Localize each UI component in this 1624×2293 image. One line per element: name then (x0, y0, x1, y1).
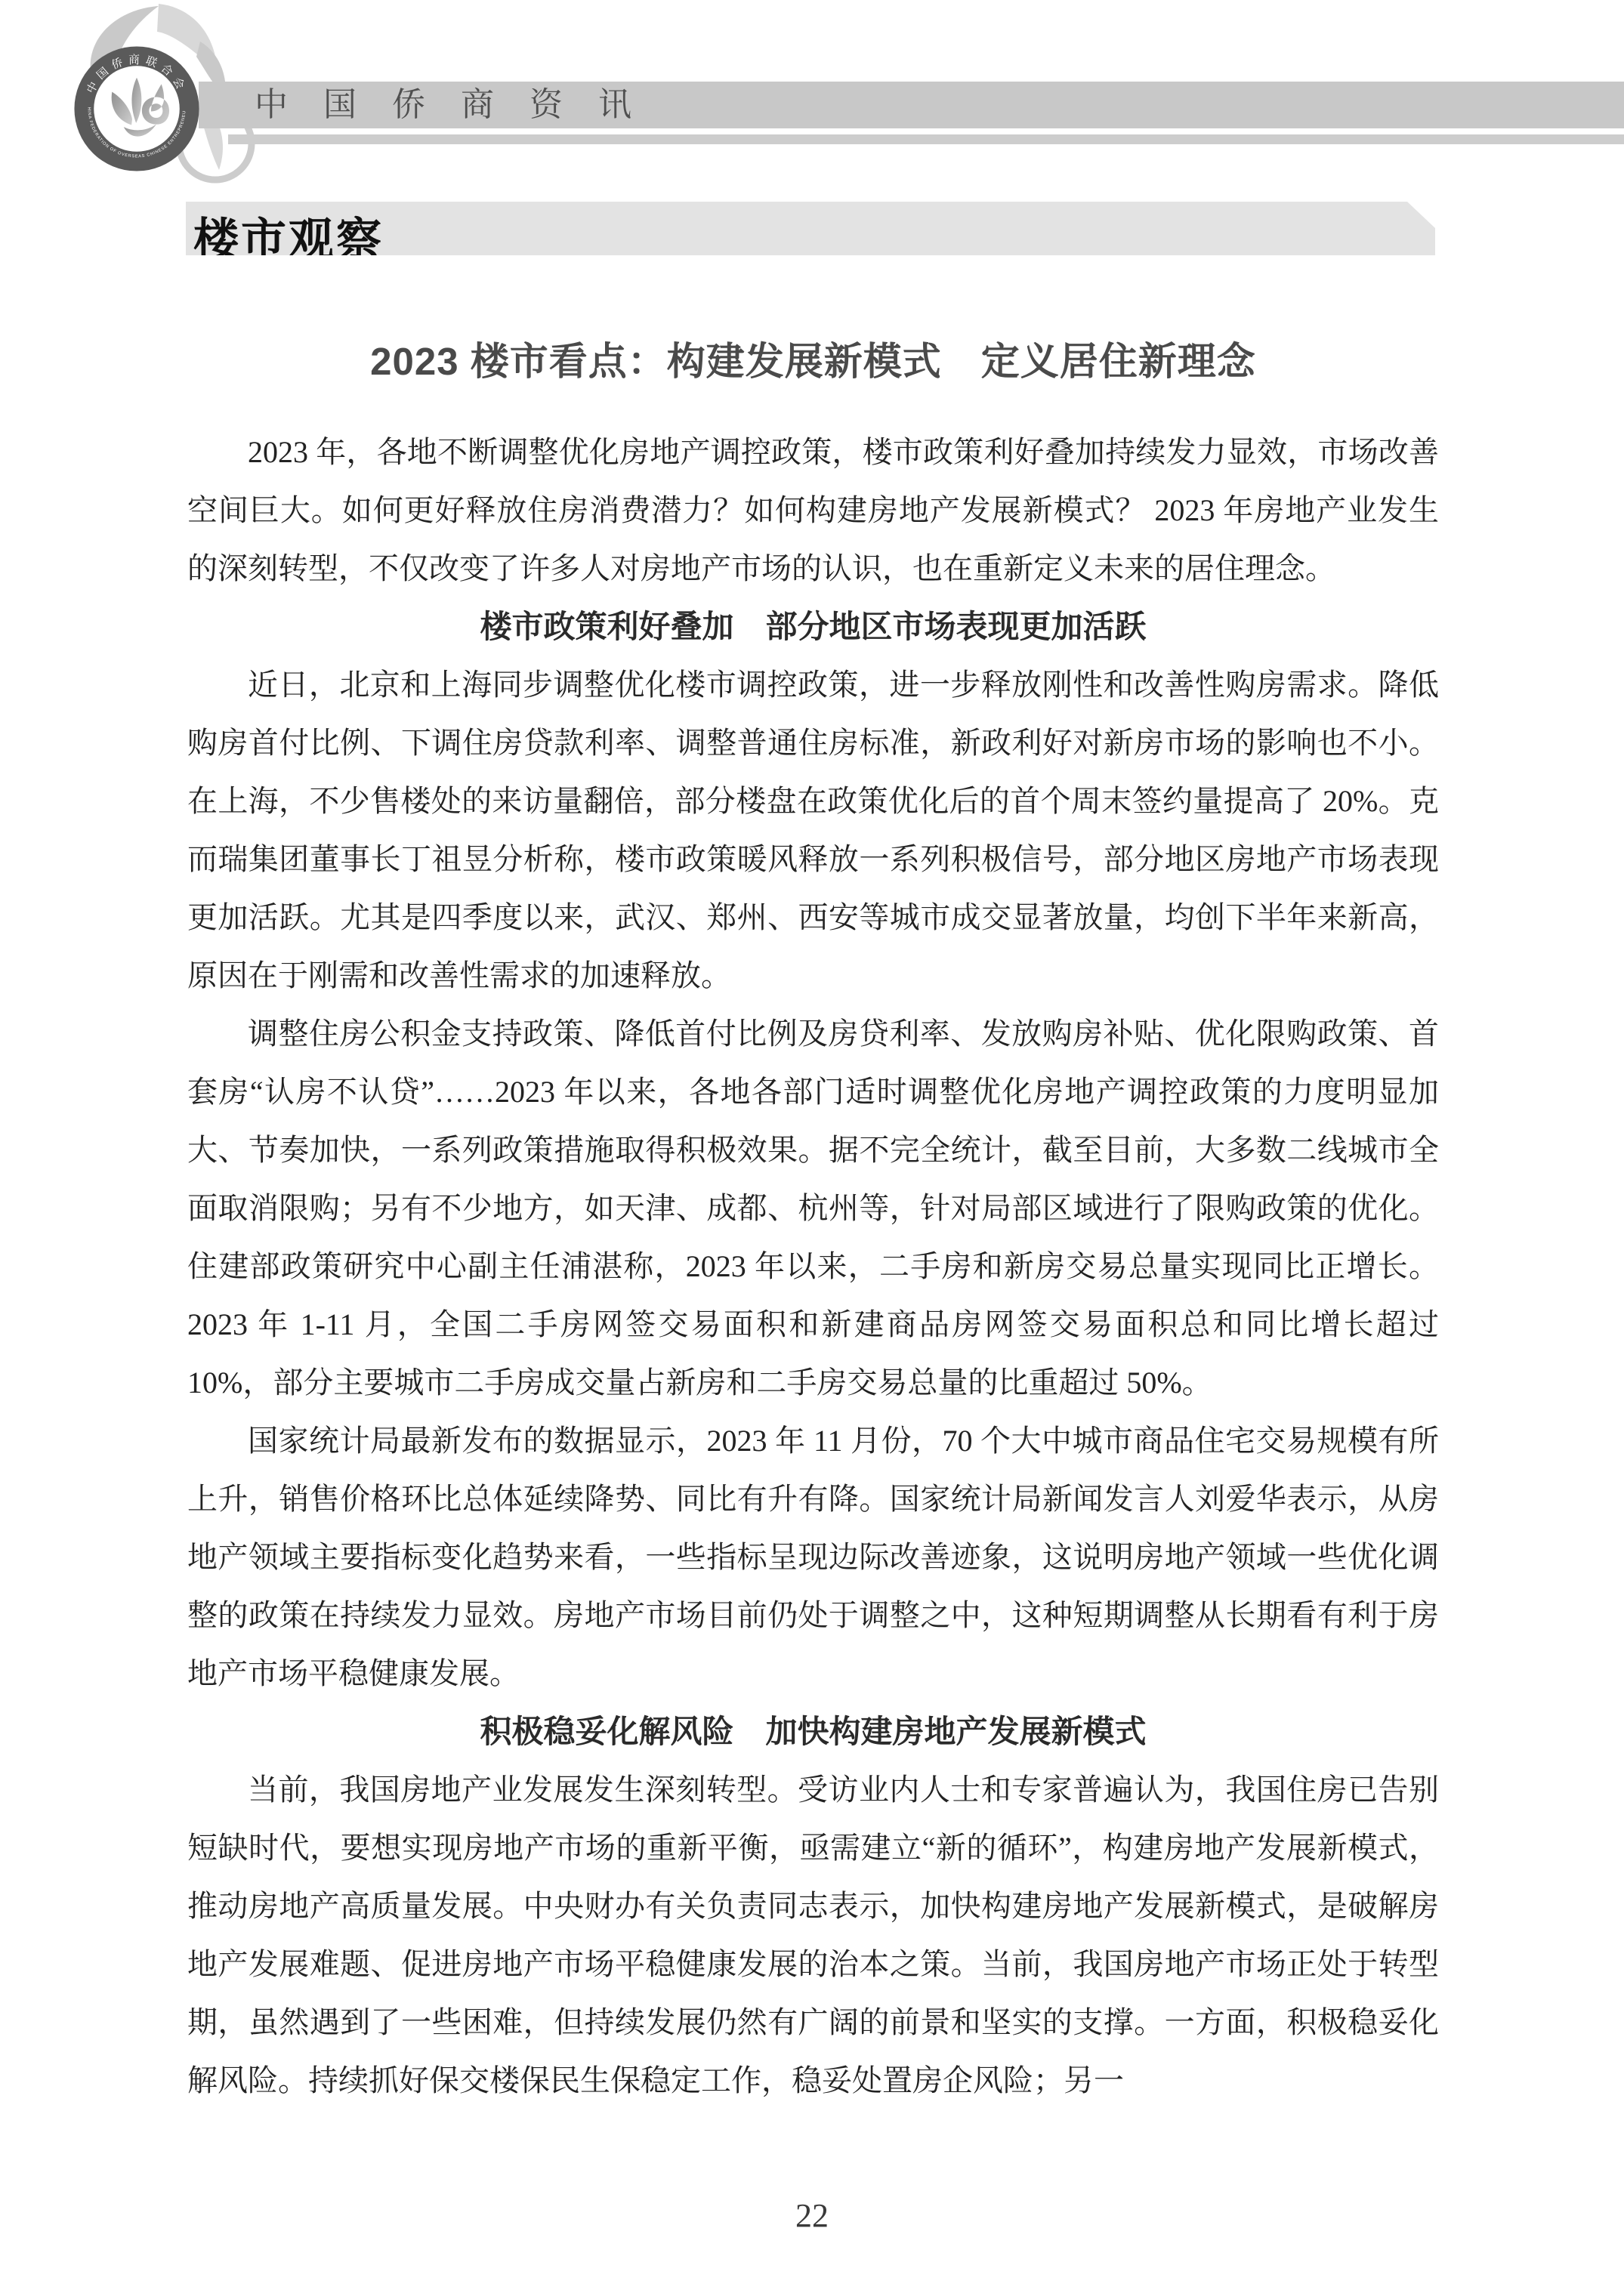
section-heading: 积极稳妥化解风险 加快构建房地产发展新模式 (187, 1702, 1439, 1761)
section-banner: 楼市观察 (186, 202, 1435, 255)
page-number: 22 (0, 2196, 1624, 2235)
article-paragraph: 调整住房公积金支持政策、降低首付比例及房贷利率、发放购房补贴、优化限购政策、首套… (187, 1005, 1439, 1412)
masthead-title: 中国侨商资讯 (255, 82, 667, 128)
article-paragraph: 近日，北京和上海同步调整优化楼市调控政策，进一步释放刚性和改善性购房需求。降低购… (187, 656, 1439, 1005)
org-logo: 中国侨商联合会 CHINA FEDERATION OF OVERSEAS CHI… (72, 44, 202, 174)
article-body: 2023 年，各地不断调整优化房地产调控政策，楼市政策利好叠加持续发力显效，市场… (187, 423, 1439, 2109)
article-paragraph: 国家统计局最新发布的数据显示，2023 年 11 月份，70 个大中城市商品住宅… (187, 1412, 1439, 1702)
article-title: 2023 楼市看点：构建发展新模式 定义居住新理念 (187, 330, 1439, 386)
section-banner-title: 楼市观察 (193, 204, 384, 269)
article-paragraph: 2023 年，各地不断调整优化房地产调控政策，楼市政策利好叠加持续发力显效，市场… (187, 423, 1439, 597)
masthead-underline-band (228, 134, 1624, 144)
magazine-page: 中国侨商资讯 中国侨商联合会 CHINA FEDERATION OF OVERS… (0, 0, 1624, 2293)
section-heading: 楼市政策利好叠加 部分地区市场表现更加活跃 (187, 597, 1439, 656)
masthead-band: 中国侨商资讯 (199, 82, 1624, 128)
article-paragraph: 当前，我国房地产业发展发生深刻转型。受访业内人士和专家普遍认为，我国住房已告别短… (187, 1761, 1439, 2109)
